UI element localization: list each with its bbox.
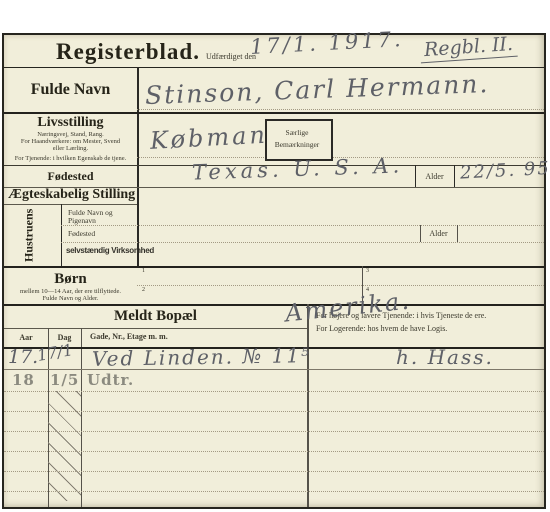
divider — [454, 165, 455, 187]
divider — [61, 204, 62, 266]
children-note-2: Fulde Navn og Alder. — [4, 295, 137, 302]
full-name-label: Fulde Navn — [4, 67, 137, 112]
column-header-street: Gade, Nr., Etage m. m. — [90, 332, 168, 341]
marital-status-label: Ægteskabelig Stilling — [8, 187, 135, 203]
divider — [4, 266, 544, 268]
child-cell-number-1: 1 — [142, 268, 145, 274]
country-overwrite-value: Amerika. — [284, 286, 412, 327]
divider — [4, 451, 544, 452]
special-remarks-box: Særlige Bemærkninger — [265, 119, 333, 161]
scanned-register-card-page: Registerblad. Udfærdiget den 17/1. 1917.… — [0, 0, 550, 512]
divider — [4, 471, 544, 472]
children-label: Børn — [4, 271, 137, 288]
card-title: Registerblad. — [56, 39, 200, 65]
divider — [457, 225, 458, 242]
child-cell-number-3: 3 — [366, 268, 369, 274]
wife-birthplace-label: Fødested — [68, 229, 95, 238]
entry-street: Ved Linden. № 11⁵ — [92, 343, 312, 371]
age-value: 22/5. 95. — [460, 157, 550, 183]
full-name-value: Stinson, Carl Hermann. — [145, 69, 490, 110]
divider — [4, 112, 544, 114]
wife-occupation-label: selvstændig Virksomhed — [66, 246, 154, 255]
divider — [61, 225, 544, 226]
lodging-note: For Logerende: hos hvem de have Logis. — [316, 324, 447, 333]
divider — [4, 304, 544, 306]
divider — [4, 411, 544, 412]
entry-year: 18 — [12, 371, 35, 389]
divider — [137, 285, 544, 286]
divider — [4, 391, 544, 392]
divider — [61, 242, 544, 243]
wife-age-label: Alder — [420, 225, 457, 242]
entry-day: 1/5 — [50, 371, 79, 389]
entry-street: Udtr. — [87, 371, 134, 389]
issued-date-value: 17/1. 1917. — [249, 27, 404, 59]
issued-date-label: Udfærdiget den — [206, 52, 256, 61]
writing-rule — [137, 109, 544, 110]
entry-host: h. Hass. — [396, 345, 494, 369]
occupation-note-2: For Haandværkere: om Mester, Svend — [4, 138, 137, 145]
occupation-note-4: For Tjenende: i hvilken Egenskab de tjen… — [4, 155, 137, 162]
divider — [4, 431, 544, 432]
children-note-1: mellem 10—14 Aar, der ere tilflyttede. — [4, 288, 137, 295]
birthplace-value: Texas. U. S. A. — [192, 153, 404, 184]
divider — [137, 67, 139, 266]
divider — [307, 304, 309, 507]
child-cell-number-2: 2 — [142, 287, 145, 293]
wife-name-label-2: Pigenavn — [68, 216, 96, 225]
age-label: Alder — [415, 165, 454, 187]
wife-section-label: Hustruens — [18, 205, 40, 265]
regbl-note: Regbl. II. — [419, 33, 518, 64]
divider — [4, 491, 544, 492]
birthplace-label: Fødested — [4, 165, 137, 187]
special-remarks-label-1: Særlige — [267, 128, 327, 137]
reported-address-title: Meldt Bopæl — [4, 308, 307, 325]
divider — [4, 369, 544, 370]
divider — [81, 328, 82, 507]
entry-year: 17. — [8, 346, 38, 368]
occupation-note-3: eller Lærling. — [4, 145, 137, 152]
register-card: Registerblad. Udfærdiget den 17/1. 1917.… — [2, 33, 546, 509]
special-remarks-label-2: Bemærkninger — [267, 140, 327, 149]
occupation-label: Livsstilling — [4, 115, 137, 131]
void-hatching — [48, 391, 81, 501]
occupation-note-1: Næringsvej, Stand, Rang. — [4, 131, 137, 138]
